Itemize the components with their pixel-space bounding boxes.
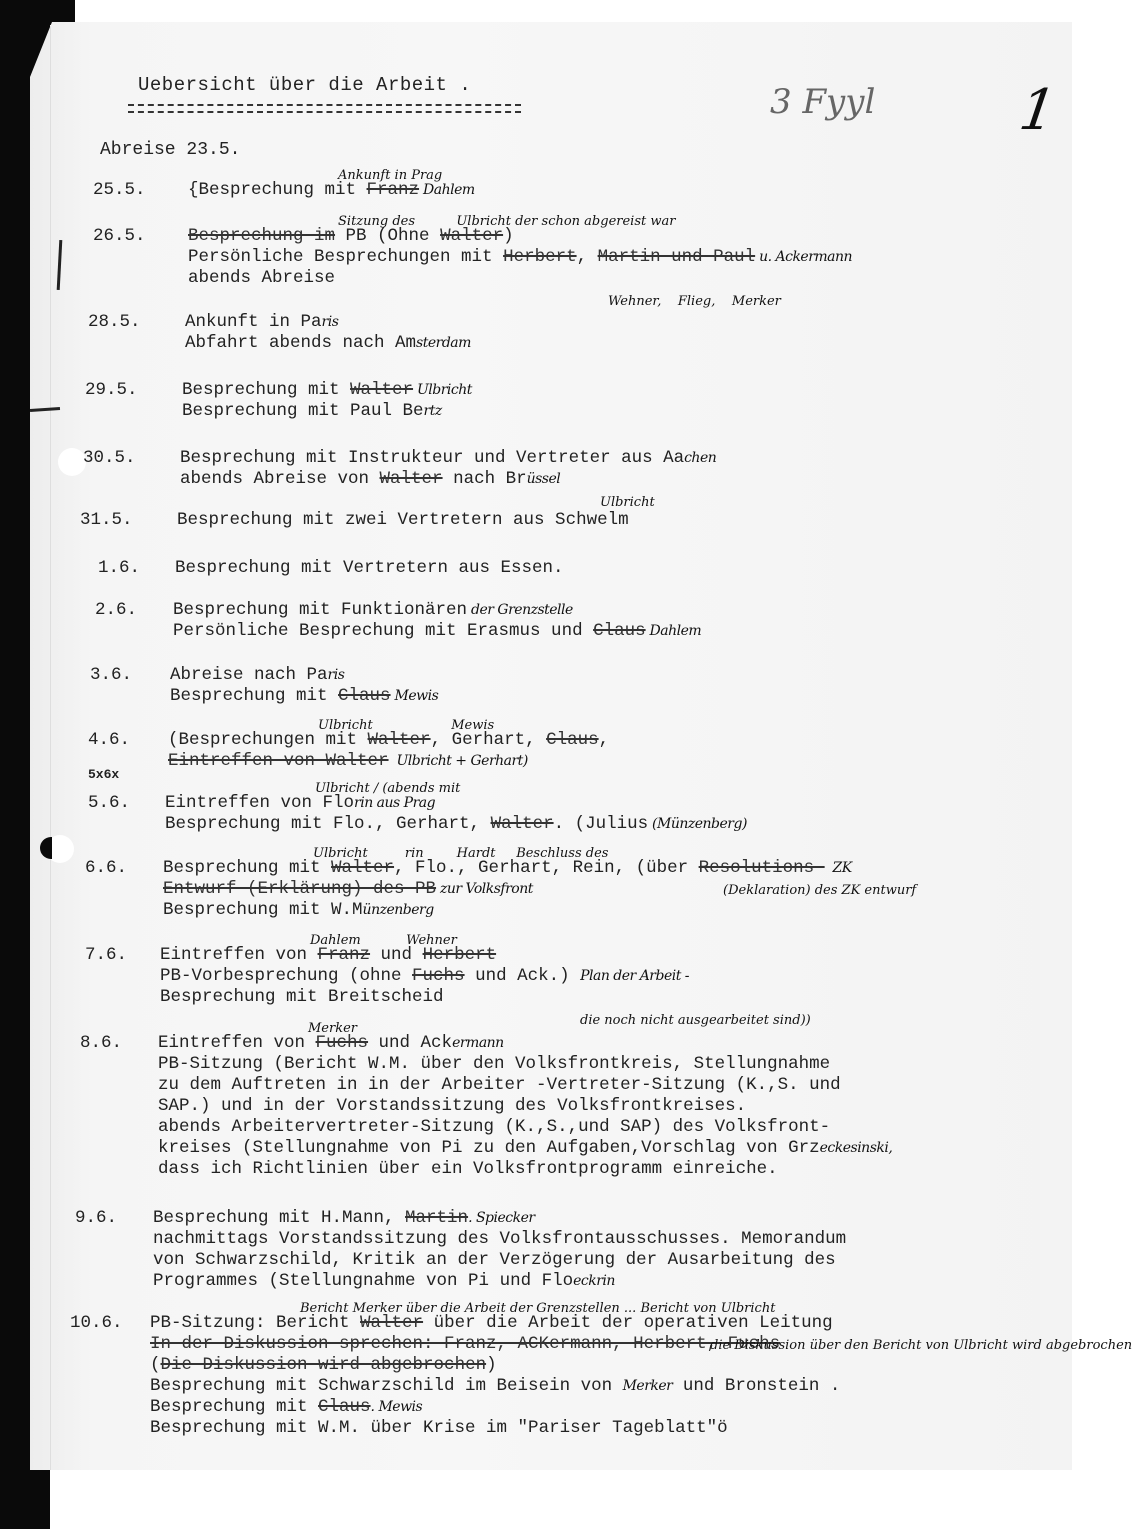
typed-text: Besprechung mit Instrukteur und Vertrete… [180, 448, 684, 468]
handwritten-insertion: ünzenberg [363, 902, 434, 918]
typed-line: Besprechung mit W.M. über Krise im "Pari… [150, 1418, 840, 1439]
handwritten-insertion: Mewis [391, 688, 439, 704]
handwritten-annotation-above: Sitzung des Ulbricht der schon abgereist… [338, 211, 675, 232]
entry-date: 4.6. [88, 730, 130, 751]
typed-line: abends Abreise [188, 268, 852, 289]
entry-date: 26.5. [93, 226, 146, 247]
typed-line: Besprechung mit Paul Bertz [182, 401, 472, 422]
struck-text: Claus [593, 621, 646, 641]
typed-text: Programmes (Stellungnahme von Pi [153, 1271, 489, 1291]
typed-text: Ankunft in Pa [185, 312, 322, 332]
typed-text: Besprechung mit Flo., Gerhart, [165, 814, 491, 834]
struck-text: Resolutions- [699, 858, 825, 878]
struck-text: Die Diskussion wird abgebrochen [161, 1355, 487, 1375]
struck-text: Fuchs [412, 966, 465, 986]
entry-date: 29.5. [85, 380, 138, 401]
typed-line: SAP.) und in der Vorstandssitzung des Vo… [158, 1096, 892, 1117]
handwritten-insertion: (Münzenberg) [648, 816, 747, 832]
entry-lines: Abreise nach ParisBesprechung mit Claus … [170, 665, 438, 707]
entry-lines: Ankunft in ParisAbfahrt abends nach Amst… [185, 312, 471, 354]
handwritten-insertion: . Spiecker [468, 1210, 535, 1226]
entry-date: 9.6. [75, 1208, 117, 1229]
entry-lines: Besprechung mit Vertretern aus Essen. [175, 558, 564, 579]
typed-text: SAP.) und in der Vorstandssitzung des Vo… [158, 1096, 746, 1116]
typed-line: Abreise nach Paris [170, 665, 438, 686]
typed-text: abends Abreise von [180, 469, 380, 489]
struck-text: Martin [405, 1208, 468, 1228]
typed-text: Abfahrt abends nach Am [185, 333, 416, 353]
typed-line: Besprechung mit H.Mann, Martin. Spiecker [153, 1208, 846, 1229]
typed-line: abends Abreise von Walter nach Brüssel [180, 469, 716, 490]
handwritten-annotation-above: Merker [308, 1018, 357, 1039]
typed-line: Besprechung mit Claus Mewis [170, 686, 438, 707]
typed-text: Besprechung mit Schwarzschild im Beisein… [150, 1376, 623, 1396]
typed-line: kreises (Stellungnahme von Pi zu den Auf… [158, 1138, 892, 1159]
typed-text: und Bronstein . [672, 1376, 840, 1396]
handwritten-annotation-above: Bericht Merker über die Arbeit der Grenz… [300, 1298, 775, 1319]
typed-text: Besprechung mit W.M. über Krise im "Pari… [150, 1418, 728, 1438]
entry-date: 6.6. [85, 858, 127, 879]
handwritten-insertion: u. Ackermann [755, 249, 852, 265]
typed-line: Besprechung mit W.Münzenberg [163, 900, 852, 921]
handwritten-insertion: Dahlem [646, 623, 702, 639]
entry-date: 30.5. [83, 448, 136, 469]
handwritten-insertion: sterdam [416, 335, 471, 351]
typed-text: und Ack [368, 1033, 452, 1053]
handwritten-insertion: . Mewis [371, 1399, 423, 1415]
typed-text: dass ich Richtlinien über ein Volksfront… [158, 1159, 778, 1179]
typed-text: Eintreffen von [160, 945, 318, 965]
typed-text: von Schwarzschild, Kritik an der Verzöge… [153, 1250, 836, 1270]
struck-text: Besprechung im [188, 226, 335, 246]
entry-date: 1.6. [98, 558, 140, 579]
handwritten-insertion: ris [322, 314, 339, 330]
handwritten-insertion: esinski, [843, 1140, 893, 1156]
departure-line: Abreise 23.5. [100, 140, 240, 160]
handwritten-insertion: Ulbricht [413, 382, 472, 398]
document-title: Uebersicht über die Arbeit . [138, 74, 471, 96]
entry-date: 2.6. [95, 600, 137, 621]
entry-date: 28.5. [88, 312, 141, 333]
struck-text: Martin und Paul [598, 247, 756, 267]
entry-lines: Eintreffen von Fuchs und AckermannPB-Sit… [158, 1033, 892, 1180]
struck-text: Claus [546, 730, 599, 750]
typed-text: Besprechung mit Breitscheid [160, 987, 444, 1007]
handwritten-insertion: rin [596, 1273, 615, 1289]
typed-document: Uebersicht über die Arbeit . 3 Fyyl 1 Ab… [0, 0, 1146, 1529]
struck-text: Walter [380, 469, 443, 489]
typed-line: Besprechung mit Funktionären der Grenzst… [173, 600, 701, 621]
typed-text: Besprechung mit H.Mann, [153, 1208, 405, 1228]
typed-text: Besprechung mit zwei Vertretern aus Schw… [177, 510, 629, 530]
handwritten-page-number: 1 [1015, 78, 1060, 143]
typed-text: PB-Sitzung (Bericht W.M. über den Volksf… [158, 1054, 830, 1074]
handwritten-annotation-below: Wehner, Flieg, Merker [608, 291, 781, 312]
typed-text: Besprechung mit Paul Be [182, 401, 424, 421]
typed-text: Besprechung mit [163, 858, 331, 878]
typed-text: Eintreffen von [158, 1033, 316, 1053]
struck-date-marker: 5x6x [88, 767, 119, 782]
typed-text: zu den Aufgaben,Vorschlag von Grz [463, 1138, 820, 1158]
typed-text: Besprechung mit [170, 686, 338, 706]
struck-text: Claus [338, 686, 391, 706]
entry-date: 8.6. [80, 1033, 122, 1054]
typed-line: Besprechung mit Claus. Mewis [150, 1397, 840, 1418]
handwritten-insertion: zur Volksfront [436, 881, 533, 897]
handwritten-insertion: üssel [527, 471, 561, 487]
typed-line: Besprechung mit Vertretern aus Essen. [175, 558, 564, 579]
typed-line: von Schwarzschild, Kritik an der Verzöge… [153, 1250, 846, 1271]
typed-line: zu dem Auftreten in in der Arbeiter -Ver… [158, 1075, 892, 1096]
handwritten-insertion: Ulbricht + Gerhart) [389, 753, 528, 769]
typed-text: Besprechung mit [150, 1397, 318, 1417]
typed-text: nach Br [443, 469, 527, 489]
typed-line: nachmittags Vorstandssitzung des Volksfr… [153, 1229, 846, 1250]
handwritten-annotation-above: Ulbricht rin Hardt Beschluss des [313, 843, 608, 864]
typed-line: abends Arbeitervertreter-Sitzung (K.,S.,… [158, 1117, 892, 1138]
struck-text: In der Diskussion sprechen: Franz, ACKer… [150, 1334, 780, 1354]
struck-text: Walter [491, 814, 554, 834]
handwritten-insertion: eck [820, 1140, 843, 1156]
handwritten-insertion: ZK [825, 860, 852, 876]
entry-lines: Besprechung mit Walter UlbrichtBesprechu… [182, 380, 472, 422]
typed-text: PB-Vorbesprechung (ohne [160, 966, 412, 986]
struck-text: Eintreffen von Walter [168, 751, 389, 771]
handwritten-insertion: chen [684, 450, 716, 466]
typed-line: PB-Sitzung (Bericht W.M. über den Volksf… [158, 1054, 892, 1075]
entry-date: 10.6. [70, 1313, 123, 1334]
typed-text: ( [150, 1355, 161, 1375]
handwritten-annotation-above: Ankunft in Prag [338, 165, 442, 186]
typed-line: dass ich Richtlinien über ein Volksfront… [158, 1159, 892, 1180]
handwritten-annotation-right: die Diskussion über den Bericht von Ulbr… [710, 1335, 1132, 1356]
entry-lines: Besprechung im PB (Ohne Walter)Persönlic… [188, 226, 852, 289]
typed-text: ) [486, 1355, 497, 1375]
entry-lines: Besprechung mit Instrukteur und Vertrete… [180, 448, 716, 490]
typed-text: kreises (Stellungnahme von Pi [158, 1138, 463, 1158]
typed-line: Besprechung mit Instrukteur und Vertrete… [180, 448, 716, 469]
typed-text: Besprechung mit Vertretern aus Essen. [175, 558, 564, 578]
handwritten-annotation-below: die noch nicht ausgearbeitet sind)) [580, 1010, 811, 1031]
entry-date: 31.5. [80, 510, 133, 531]
typed-line: Persönliche Besprechung mit Erasmus und … [173, 621, 701, 642]
typed-text: , [599, 730, 610, 750]
typed-text: Besprechung mit Funktionären [173, 600, 467, 620]
handwritten-annotation-right: (Deklaration) des ZK entwurf [723, 880, 916, 901]
handwritten-insertion: Plan der Arbeit - [580, 968, 689, 984]
typed-line: Persönliche Besprechungen mit Herbert, M… [188, 247, 852, 268]
handwritten-insertion: eck [573, 1273, 596, 1289]
typed-text: Besprechung mit [182, 380, 350, 400]
typed-text: und Ack.) [465, 966, 581, 986]
handwritten-insertion: rtz [424, 403, 442, 419]
entry-lines: Besprechung mit Funktionären der Grenzst… [173, 600, 701, 642]
typed-text: Abreise nach Pa [170, 665, 328, 685]
typed-text: nachmittags Vorstandssitzung des Volksfr… [153, 1229, 846, 1249]
typed-line: Ankunft in Paris [185, 312, 471, 333]
handwritten-insertion: der Grenzstelle [467, 602, 573, 618]
typed-line: Eintreffen von Fuchs und Ackermann [158, 1033, 892, 1054]
typed-line: PB-Vorbesprechung (ohne Fuchs und Ack.) … [160, 966, 689, 987]
entry-date: 5.6. [88, 793, 130, 814]
typed-line: (Die Diskussion wird abgebrochen) [150, 1355, 840, 1376]
struck-text: Herbert [503, 247, 577, 267]
typed-line: Besprechung mit Walter Ulbricht [182, 380, 472, 401]
entry-lines: (Besprechungen mit Walter, Gerhart, Clau… [168, 730, 609, 772]
title-double-underline [128, 104, 521, 113]
typed-line: Besprechung mit Flo., Gerhart, Walter. (… [165, 814, 747, 835]
entry-date: 25.5. [93, 180, 146, 201]
entry-lines: Besprechung mit zwei Vertretern aus Schw… [177, 510, 629, 531]
handwritten-annotation-above: Ulbricht Mewis [318, 715, 494, 736]
typed-text: Persönliche Besprechung mit Erasmus und [173, 621, 593, 641]
entry-date: 7.6. [85, 945, 127, 966]
handwritten-folio-mark: 3 Fyyl [770, 82, 875, 122]
typed-line: Besprechung mit zwei Vertretern aus Schw… [177, 510, 629, 531]
entry-lines: PB-Sitzung: Bericht Walter über die Arbe… [150, 1313, 840, 1439]
handwritten-annotation-above: Dahlem Wehner [310, 930, 457, 951]
struck-text: Entwurf (Erklärung) des PB [163, 879, 436, 899]
typed-line: Besprechung mit Schwarzschild im Beisein… [150, 1376, 840, 1397]
typed-text: zu dem Auftreten in in der Arbeiter -Ver… [158, 1075, 841, 1095]
entry-lines: Eintreffen von Florin aus PragBesprechun… [165, 793, 747, 835]
typed-text: Besprechung mit W.M [163, 900, 363, 920]
typed-line: Besprechung mit Breitscheid [160, 987, 689, 1008]
typed-text: abends Abreise [188, 268, 335, 288]
handwritten-insertion: Merker [623, 1378, 673, 1394]
handwritten-annotation-above: Ulbricht / (abends mit [315, 778, 460, 799]
entry-lines: Eintreffen von Franz und HerbertPB-Vorbe… [160, 945, 689, 1008]
typed-text: Persönliche Besprechungen mit [188, 247, 503, 267]
entry-lines: Besprechung mit H.Mann, Martin. Spiecker… [153, 1208, 846, 1292]
typed-text: abends Arbeitervertreter-Sitzung (K.,S.,… [158, 1117, 830, 1137]
typed-text: und Flo [489, 1271, 573, 1291]
typed-line: Abfahrt abends nach Amsterdam [185, 333, 471, 354]
entry-date: 3.6. [90, 665, 132, 686]
typed-text: . (Julius [554, 814, 649, 834]
handwritten-insertion: ris [328, 667, 345, 683]
typed-line: Eintreffen von Walter Ulbricht + Gerhart… [168, 751, 609, 772]
typed-text: , [577, 247, 598, 267]
struck-text: Claus [318, 1397, 371, 1417]
handwritten-insertion: ermann [452, 1035, 504, 1051]
struck-text: Walter [350, 380, 413, 400]
typed-line: Programmes (Stellungnahme von Pi und Flo… [153, 1271, 846, 1292]
